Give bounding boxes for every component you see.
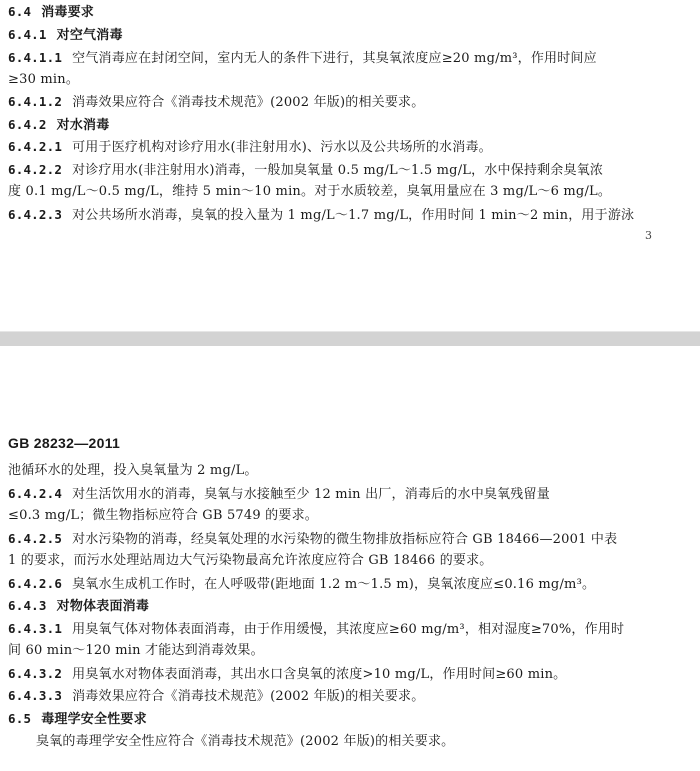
section-number: 6.5 bbox=[8, 711, 31, 726]
clause-number: 6.4.3.1 bbox=[8, 621, 62, 636]
clause-text: 1 的要求，而污水处理站周边大气污染物最高允许浓度应符合 GB 18466 的要… bbox=[8, 553, 493, 568]
clause-text: 空气消毒应在封闭空间，室内无人的条件下进行，其臭氧浓度应≥20 mg/m³，作用… bbox=[72, 51, 597, 66]
section-number: 6.4.3 bbox=[8, 598, 47, 613]
clause-text: 用臭氧气体对物体表面消毒，由于作用缓慢，其浓度应≥60 mg/m³，相对湿度≥7… bbox=[72, 622, 624, 637]
clause-6-4-3-2: 6.4.3.2用臭氧水对物体表面消毒，其出水口含臭氧的浓度>10 mg/L，作用… bbox=[8, 666, 566, 683]
clause-continuation: 间 60 min～120 min 才能达到消毒效果。 bbox=[8, 643, 264, 659]
section-heading-6-4: 6.4消毒要求 bbox=[8, 4, 94, 21]
section-heading-6-4-3: 6.4.3对物体表面消毒 bbox=[8, 598, 149, 615]
clause-text: 对生活饮用水的消毒，臭氧与水接触至少 12 min 出厂，消毒后的水中臭氧残留量 bbox=[72, 487, 550, 502]
clause-6-4-2-3: 6.4.2.3对公共场所水消毒，臭氧的投入量为 1 mg/L～1.7 mg/L，… bbox=[8, 207, 634, 224]
page-separator bbox=[0, 331, 700, 347]
clause-continuation: ≥30 min。 bbox=[8, 72, 79, 88]
clause-6-4-1-2: 6.4.1.2消毒效果应符合《消毒技术规范》(2002 年版)的相关要求。 bbox=[8, 94, 424, 111]
clause-number: 6.4.3.3 bbox=[8, 688, 62, 703]
clause-number: 6.4.1.1 bbox=[8, 50, 62, 65]
clause-number: 6.4.2.5 bbox=[8, 531, 62, 546]
clause-6-4-3-1: 6.4.3.1用臭氧气体对物体表面消毒，由于作用缓慢，其浓度应≥60 mg/m³… bbox=[8, 621, 624, 638]
clause-6-4-1-1: 6.4.1.1空气消毒应在封闭空间，室内无人的条件下进行，其臭氧浓度应≥20 m… bbox=[8, 50, 597, 67]
clause-6-4-2-4: 6.4.2.4对生活饮用水的消毒，臭氧与水接触至少 12 min 出厂，消毒后的… bbox=[8, 486, 550, 503]
section-heading-6-4-1: 6.4.1对空气消毒 bbox=[8, 27, 123, 44]
document-page-top: 6.4消毒要求 6.4.1对空气消毒 6.4.1.1空气消毒应在封闭空间，室内无… bbox=[0, 0, 700, 331]
clause-6-4-2-6: 6.4.2.6臭氧水生成机工作时，在人呼吸带(距地面 1.2 m～1.5 m)，… bbox=[8, 576, 595, 593]
clause-number: 6.4.2.1 bbox=[8, 139, 62, 154]
clause-text: 臭氧水生成机工作时，在人呼吸带(距地面 1.2 m～1.5 m)，臭氧浓度应≤0… bbox=[72, 577, 595, 592]
heading-text: 对空气消毒 bbox=[57, 28, 123, 43]
page-number: 3 bbox=[645, 229, 652, 242]
clause-number: 6.4.2.2 bbox=[8, 162, 62, 177]
clause-text: 对诊疗用水(非注射用水)消毒，一般加臭氧量 0.5 mg/L～1.5 mg/L，… bbox=[72, 163, 603, 178]
heading-text: 对物体表面消毒 bbox=[57, 599, 149, 614]
clause-continuation: ≤0.3 mg/L；微生物指标应符合 GB 5749 的要求。 bbox=[8, 508, 318, 524]
clause-number: 6.4.1.2 bbox=[8, 94, 62, 109]
section-number: 6.4.1 bbox=[8, 27, 47, 42]
clause-number: 6.4.2.3 bbox=[8, 207, 62, 222]
clause-text: ≤0.3 mg/L；微生物指标应符合 GB 5749 的要求。 bbox=[8, 508, 318, 523]
clause-continuation: 度 0.1 mg/L～0.5 mg/L，维持 5 min～10 min。对于水质… bbox=[8, 184, 611, 200]
clause-number: 6.4.3.2 bbox=[8, 666, 62, 681]
heading-text: 对水消毒 bbox=[57, 118, 110, 133]
paragraph-text: 臭氧的毒理学安全性应符合《消毒技术规范》(2002 年版)的相关要求。 bbox=[36, 734, 454, 749]
clause-number: 6.4.2.6 bbox=[8, 576, 62, 591]
clause-6-4-2-2: 6.4.2.2对诊疗用水(非注射用水)消毒，一般加臭氧量 0.5 mg/L～1.… bbox=[8, 162, 603, 179]
clause-text: 对公共场所水消毒，臭氧的投入量为 1 mg/L～1.7 mg/L，作用时间 1 … bbox=[72, 208, 634, 223]
standard-number: GB 28232—2011 bbox=[8, 435, 120, 451]
clause-text: 消毒效果应符合《消毒技术规范》(2002 年版)的相关要求。 bbox=[72, 95, 424, 110]
section-number: 6.4 bbox=[8, 4, 31, 19]
clause-text: 用臭氧水对物体表面消毒，其出水口含臭氧的浓度>10 mg/L，作用时间≥60 m… bbox=[72, 667, 566, 682]
clause-text: 间 60 min～120 min 才能达到消毒效果。 bbox=[8, 643, 264, 658]
clause-text: 消毒效果应符合《消毒技术规范》(2002 年版)的相关要求。 bbox=[72, 689, 424, 704]
heading-text: 消毒要求 bbox=[41, 5, 94, 20]
clause-text: ≥30 min。 bbox=[8, 72, 79, 87]
clause-6-4-2-1: 6.4.2.1可用于医疗机构对诊疗用水(非注射用水)、污水以及公共场所的水消毒。 bbox=[8, 139, 492, 156]
section-heading-6-5: 6.5毒理学安全性要求 bbox=[8, 711, 147, 728]
clause-text: 度 0.1 mg/L～0.5 mg/L，维持 5 min～10 min。对于水质… bbox=[8, 184, 611, 199]
clause-text: 池循环水的处理，投入臭氧量为 2 mg/L。 bbox=[8, 463, 258, 478]
clause-continuation: 1 的要求，而污水处理站周边大气污染物最高允许浓度应符合 GB 18466 的要… bbox=[8, 553, 493, 569]
clause-number: 6.4.2.4 bbox=[8, 486, 62, 501]
heading-text: 毒理学安全性要求 bbox=[41, 712, 147, 727]
section-number: 6.4.2 bbox=[8, 117, 47, 132]
clause-text: 对水污染物的消毒，经臭氧处理的水污染物的微生物排放指标应符合 GB 18466—… bbox=[72, 532, 617, 547]
clause-6-4-2-5: 6.4.2.5对水污染物的消毒，经臭氧处理的水污染物的微生物排放指标应符合 GB… bbox=[8, 531, 617, 548]
clause-6-4-3-3: 6.4.3.3消毒效果应符合《消毒技术规范》(2002 年版)的相关要求。 bbox=[8, 688, 424, 705]
clause-text: 可用于医疗机构对诊疗用水(非注射用水)、污水以及公共场所的水消毒。 bbox=[72, 140, 492, 155]
section-heading-6-4-2: 6.4.2对水消毒 bbox=[8, 117, 109, 134]
paragraph-toxicology: 臭氧的毒理学安全性应符合《消毒技术规范》(2002 年版)的相关要求。 bbox=[36, 734, 454, 750]
clause-continuation: 池循环水的处理，投入臭氧量为 2 mg/L。 bbox=[8, 463, 258, 479]
